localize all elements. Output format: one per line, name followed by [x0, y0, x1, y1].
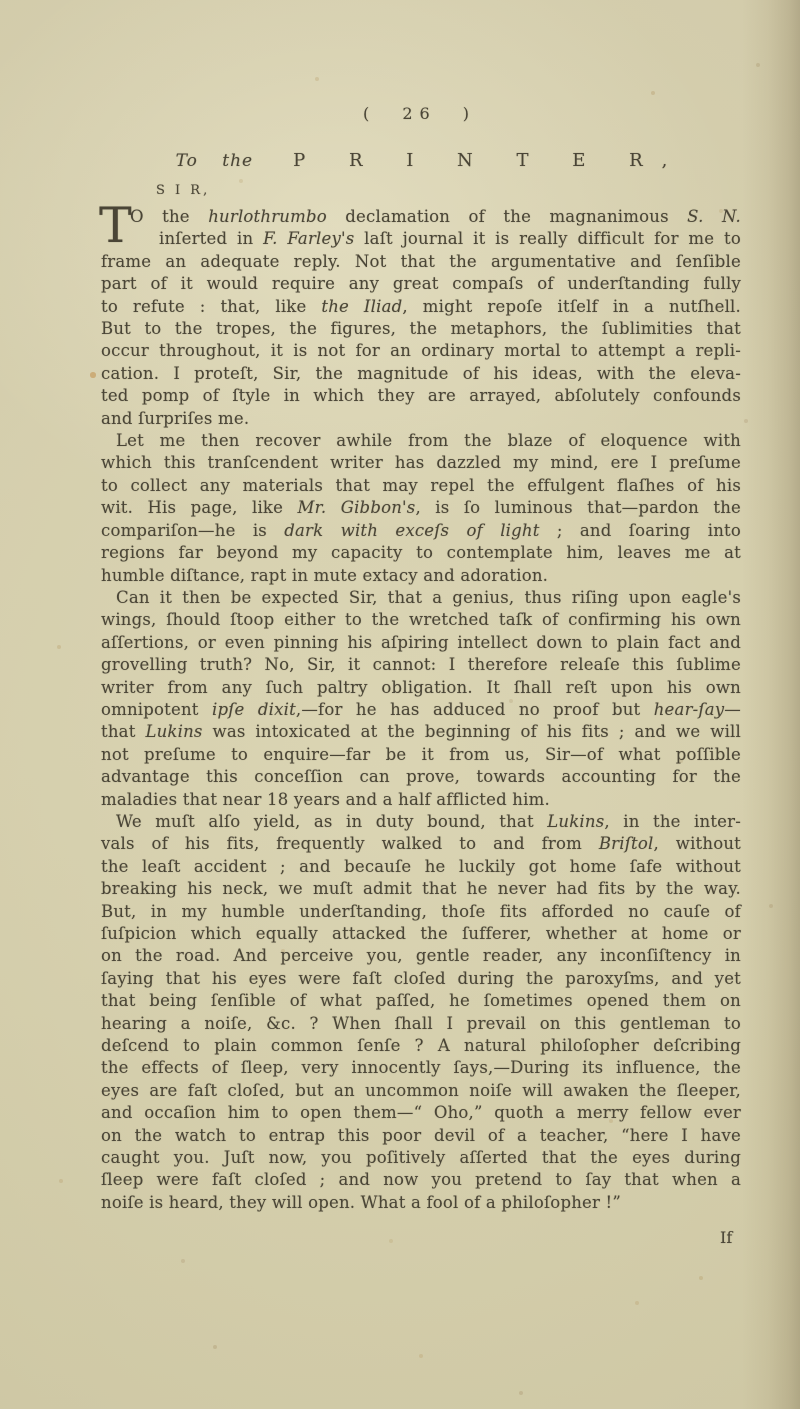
salutation: To theP R I N T E R, [101, 150, 761, 171]
text-line: We muſt alſo yield, as in duty bound, th… [101, 811, 741, 833]
text-line: ſaying that his eyes were faſt cloſed du… [101, 968, 741, 990]
text-line: ſleep were faſt cloſed ; and now you pre… [101, 1169, 741, 1191]
text-line: to collect any materials that may repel … [101, 475, 741, 497]
text-line: deſcend to plain common ſenſe ? A natura… [101, 1035, 741, 1057]
text-line: and occaſion him to open them—“ Oho,” qu… [101, 1102, 741, 1124]
text-line: to refute : that, like the Iliad, might … [101, 296, 741, 318]
text-line: hearing a noiſe, &c. ? When ſhall I prev… [101, 1013, 741, 1035]
paragraph: We muſt alſo yield, as in duty bound, th… [101, 811, 741, 1214]
salutation-printer: P R I N T E R, [293, 150, 686, 171]
text-line: not preſume to enquire—far be it from us… [101, 744, 741, 766]
text-line: aſſertions, or even pinning his aſpiring… [101, 632, 741, 654]
text-line: humble diſtance, rapt in mute extacy and… [101, 565, 741, 587]
page-edge-shadow [742, 0, 800, 1409]
letter-body: T O the hurlothrumbo declamation of the … [101, 206, 741, 1214]
text-line: eyes are faſt cloſed, but an uncommon no… [101, 1080, 741, 1102]
greeting-sir: S I R, [156, 183, 210, 198]
text-line: regions far beyond my capacity to contem… [101, 542, 741, 564]
text-line: compariſon—he is dark with exceſs of lig… [101, 520, 741, 542]
page-number: ( 26 ) [101, 104, 738, 123]
text-line: wit. His page, like Mr. Gibbon's, is ſo … [101, 497, 741, 519]
text-line: on the watch to entrap this poor devil o… [101, 1125, 741, 1147]
text-line: inſerted in F. Farley's laſt journal it … [101, 228, 741, 250]
text-line: O the hurlothrumbo declamation of the ma… [101, 206, 741, 228]
text-line: occur throughout, it is not for an ordin… [101, 340, 741, 362]
text-line: Let me then recover awhile from the blaz… [101, 430, 741, 452]
text-line: But to the tropes, the figures, the meta… [101, 318, 741, 340]
paragraph: Let me then recover awhile from the blaz… [101, 430, 741, 587]
text-line: ſuſpicion which equally attacked the ſuf… [101, 923, 741, 945]
catchword: If [720, 1228, 732, 1247]
text-line: cation. I proteſt, Sir, the magnitude of… [101, 363, 741, 385]
text-line: But, in my humble underſtanding, thoſe f… [101, 901, 741, 923]
text-line: which this tranſcendent writer has dazzl… [101, 452, 741, 474]
paper-stains [0, 0, 2, 2]
book-page: ( 26 ) To theP R I N T E R, S I R, T O t… [0, 0, 800, 1409]
text-line: vals of his fits, frequently walked to a… [101, 833, 741, 855]
paragraph: Can it then be expected Sir, that a geni… [101, 587, 741, 811]
text-line: that Lukins was intoxicated at the begin… [101, 721, 741, 743]
dropcap-letter-t: T [99, 201, 132, 250]
text-line: and ſurpriſes me. [101, 408, 741, 430]
text-line: grovelling truth? No, Sir, it cannot: I … [101, 654, 741, 676]
salutation-to-the: To the [176, 151, 254, 171]
text-line: on the road. And perceive you, gentle re… [101, 945, 741, 967]
text-line: caught you. Juſt now, you poſitively aſſ… [101, 1147, 741, 1169]
paragraph: O the hurlothrumbo declamation of the ma… [101, 206, 741, 430]
text-line: part of it would require any great compa… [101, 273, 741, 295]
text-line: the leaſt accident ; and becauſe he luck… [101, 856, 741, 878]
text-line: breaking his neck, we muſt admit that he… [101, 878, 741, 900]
text-line: that being ſenſible of what paſſed, he ſ… [101, 990, 741, 1012]
text-line: noiſe is heard, they will open. What a f… [101, 1192, 741, 1214]
text-line: ted pomp of ſtyle in which they are arra… [101, 385, 741, 407]
text-line: advantage this conceſſion can prove, tow… [101, 766, 741, 788]
text-line: wings, ſhould ſtoop either to the wretch… [101, 609, 741, 631]
text-line: omnipotent ipſe dixit,—for he has adduce… [101, 699, 741, 721]
text-line: Can it then be expected Sir, that a geni… [101, 587, 741, 609]
text-line: frame an adequate reply. Not that the ar… [101, 251, 741, 273]
text-line: writer from any ſuch paltry obligation. … [101, 677, 741, 699]
text-line: the effects of ſleep, very innocently ſa… [101, 1057, 741, 1079]
text-line: maladies that near 18 years and a half a… [101, 789, 741, 811]
